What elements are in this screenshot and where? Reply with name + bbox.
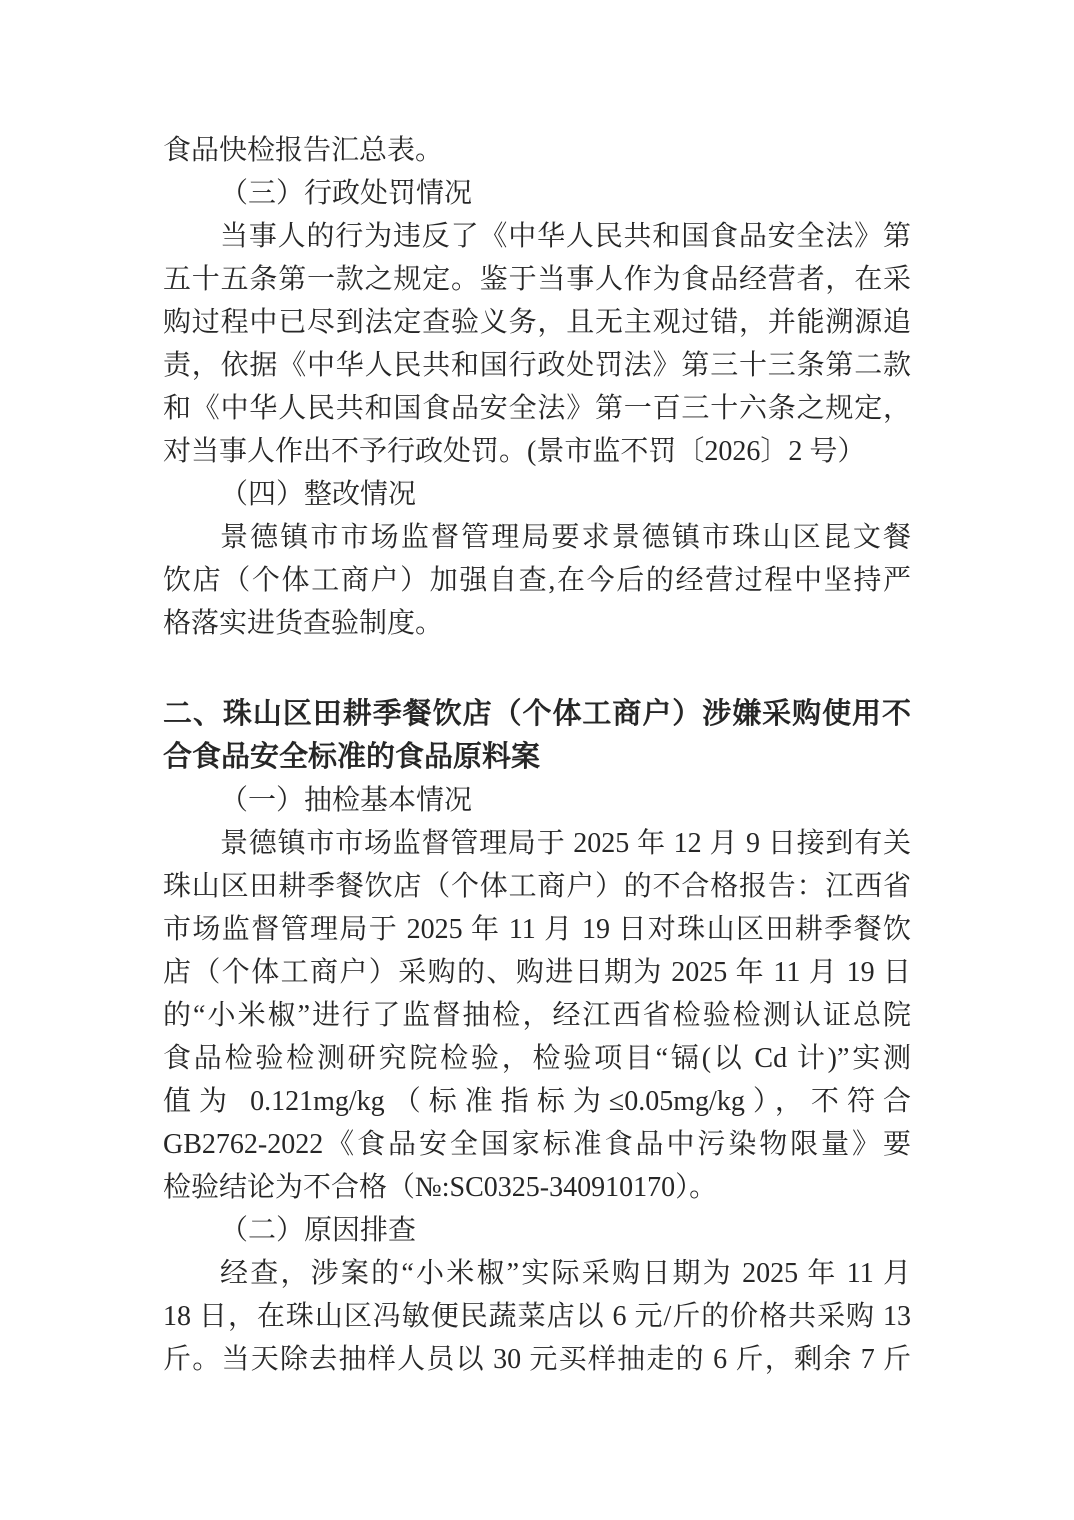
text-line: 购过程中已尽到法定查验义务，且无主观过错，并能溯源追 (163, 301, 911, 344)
text-line: 18 日，在珠山区冯敏便民蔬菜店以 6 元/斤的价格共采购 13 (163, 1295, 911, 1338)
text-line: GB2762-2022《食品安全国家标准食品中污染物限量》要求， (163, 1123, 911, 1166)
text-line: 食品快检报告汇总表。 (163, 129, 911, 172)
text-line: 对当事人作出不予行政处罚。(景市监不罚〔2026〕2 号） (163, 430, 911, 473)
text-line: 景德镇市市场监督管理局于 2025 年 12 月 9 日接到有关 (163, 822, 911, 865)
text-line: 责，依据《中华人民共和国行政处罚法》第三十三条第二款 (163, 344, 911, 387)
document-page: 食品快检报告汇总表。（三）行政处罚情况当事人的行为违反了《中华人民共和国食品安全… (0, 0, 1074, 1520)
text-line: （一）抽检基本情况 (163, 779, 911, 822)
text-line: 饮店（个体工商户）加强自查,在今后的经营过程中坚持严 (163, 559, 911, 602)
text-line: 当事人的行为违反了《中华人民共和国食品安全法》第 (163, 215, 911, 258)
text-line: 斤。当天除去抽样人员以 30 元买样抽走的 6 斤，剩余 7 斤 (163, 1338, 911, 1381)
text-line: 市场监督管理局于 2025 年 11 月 19 日对珠山区田耕季餐饮 (163, 908, 911, 951)
text-line: 珠山区田耕季餐饮店（个体工商户）的不合格报告：江西省 (163, 865, 911, 908)
text-line: 值为 0.121mg/kg（标准指标为≤0.05mg/kg），不符合 (163, 1080, 911, 1123)
page-background: { "page": { "background": "#ffffff", "te… (0, 0, 1074, 1520)
text-line: （三）行政处罚情况 (163, 172, 911, 215)
document-text-block: 食品快检报告汇总表。（三）行政处罚情况当事人的行为违反了《中华人民共和国食品安全… (0, 0, 1074, 1381)
text-line: 和《中华人民共和国食品安全法》第一百三十六条之规定， (163, 387, 911, 430)
text-line: 食品检验检测研究院检验，检验项目“镉(以 Cd 计)”实测 (163, 1037, 911, 1080)
text-line: 格落实进货查验制度。 (163, 602, 911, 645)
text-line: （二）原因排查 (163, 1209, 911, 1252)
text-line: （四）整改情况 (163, 473, 911, 516)
text-line: 五十五条第一款之规定。鉴于当事人作为食品经营者，在采 (163, 258, 911, 301)
text-line: 景德镇市市场监督管理局要求景德镇市珠山区昆文餐 (163, 516, 911, 559)
text-line: 的“小米椒”进行了监督抽检，经江西省检验检测认证总院 (163, 994, 911, 1037)
text-line: 经查，涉案的“小米椒”实际采购日期为 2025 年 11 月 (163, 1252, 911, 1295)
text-line: 店（个体工商户）采购的、购进日期为 2025 年 11 月 19 日 (163, 951, 911, 994)
section-heading-line: 合食品安全标准的食品原料案 (163, 736, 911, 779)
section-heading-line: 二、珠山区田耕季餐饮店（个体工商户）涉嫌采购使用不符 (163, 693, 911, 736)
text-line: 检验结论为不合格（№:SC0325-340910170）。 (163, 1166, 911, 1209)
